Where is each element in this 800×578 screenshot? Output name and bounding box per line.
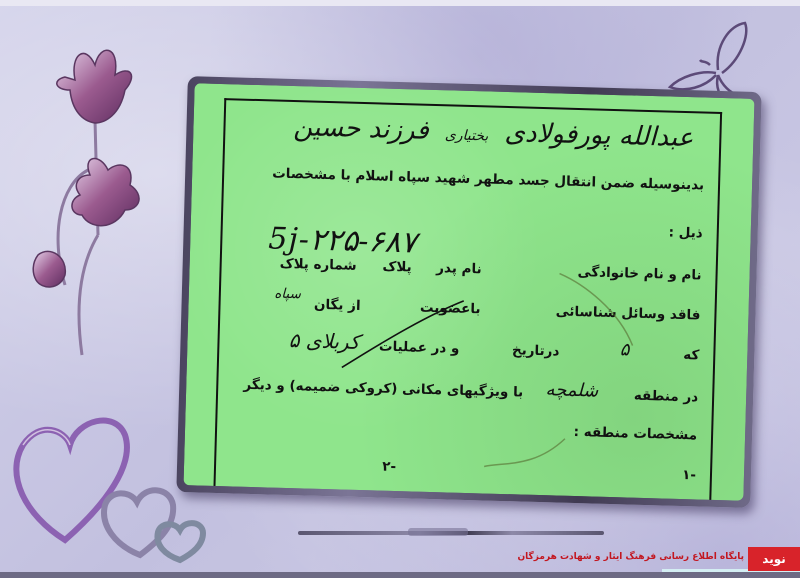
card-frame: عبدالله پورفولادی بختیاری فرزند حسین بدی… xyxy=(176,76,761,508)
death-certificate-card: عبدالله پورفولادی بختیاری فرزند حسین بدی… xyxy=(176,76,761,508)
top-edge xyxy=(0,0,800,6)
tulip-flower-decoration-icon xyxy=(20,35,150,365)
watermark-caption: پایگاه اطلاع رسانی فرهنگ ایثار و شهادت ه… xyxy=(518,552,745,562)
green-document: عبدالله پورفولادی بختیاری فرزند حسین بدی… xyxy=(183,83,754,500)
watermark-brand: نوید شاهد xyxy=(748,547,800,571)
bottom-edge xyxy=(0,572,800,578)
handwritten-marks xyxy=(183,83,754,500)
bottom-ornament-line xyxy=(298,531,604,535)
